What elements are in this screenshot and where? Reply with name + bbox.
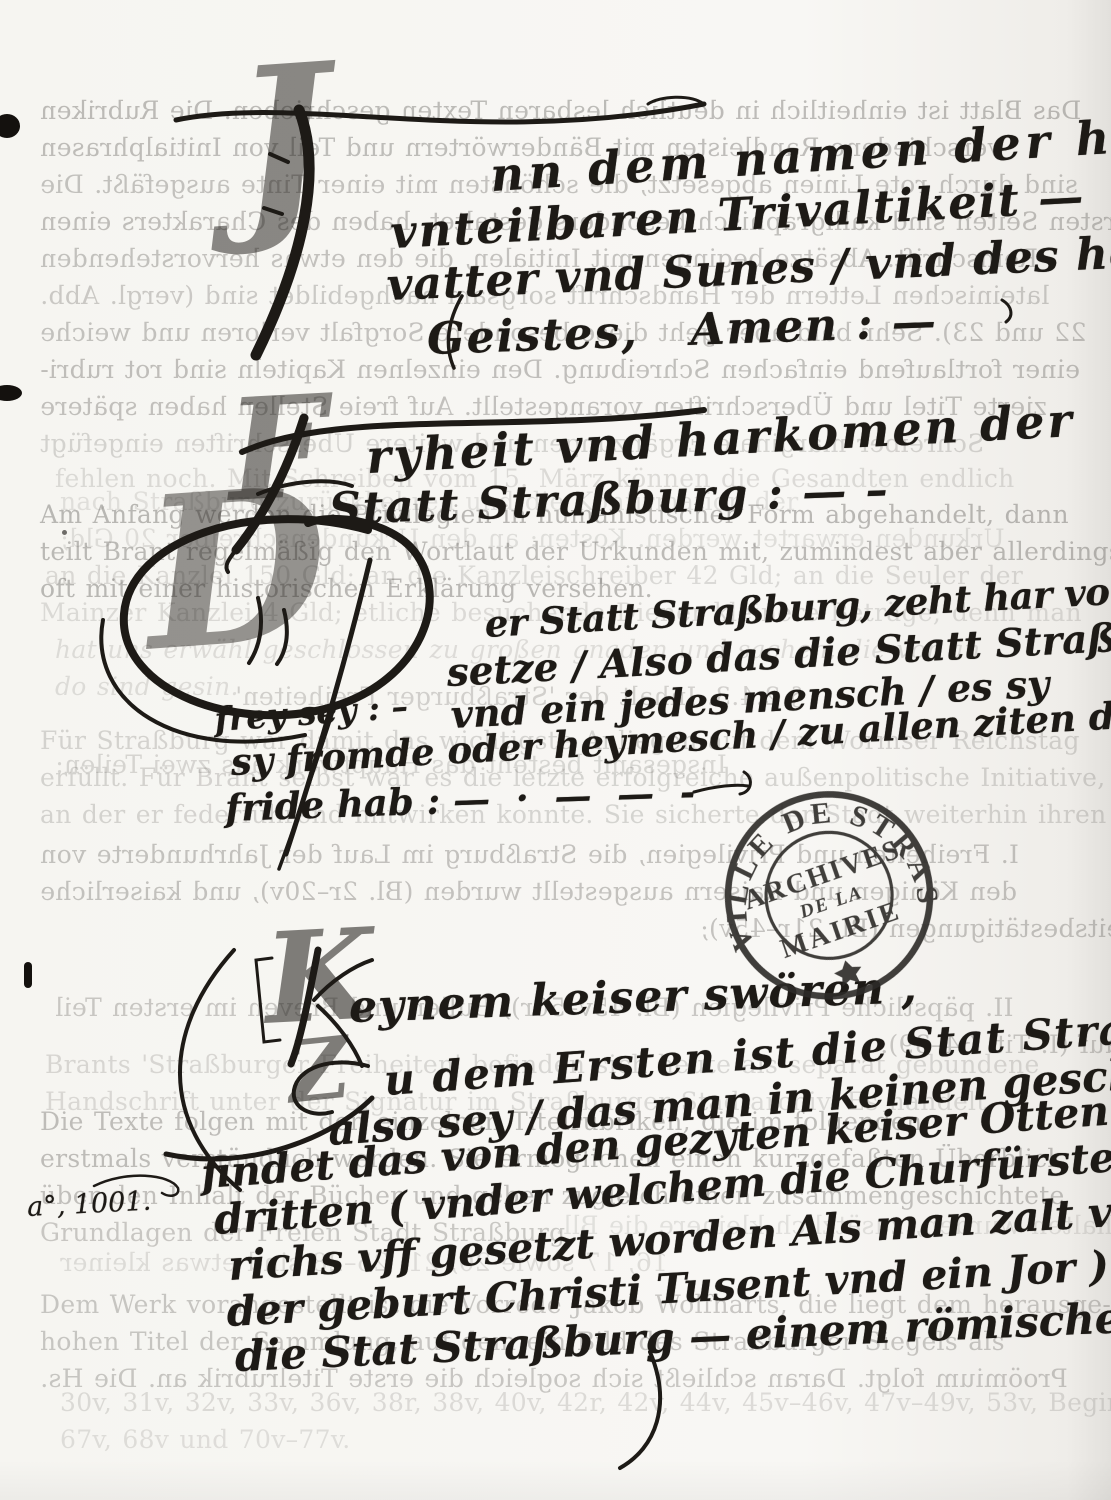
bleedthrough-text-line: 30v, 31v, 32v, 33v, 36v, 38r, 38v, 40v, … [60,1388,1111,1417]
manuscript-initial-J: J [230,57,336,223]
scanned-manuscript-page: Das Blatt ist einheitlich in deutlich le… [0,0,1111,1500]
margin-note-anno-1001: a°, 1001. [26,1186,152,1223]
scan-speck [0,385,22,401]
scan-speck [24,962,32,988]
scan-speck [0,114,20,138]
bleedthrough-text-line: 67v, 68v und 70v–77v. [60,1425,351,1454]
manuscript-initial-Z: Z [284,1034,353,1108]
stamp-star-ornament-icon [832,957,865,988]
scan-speck [62,530,67,535]
manuscript-initial-D: D [140,479,333,659]
